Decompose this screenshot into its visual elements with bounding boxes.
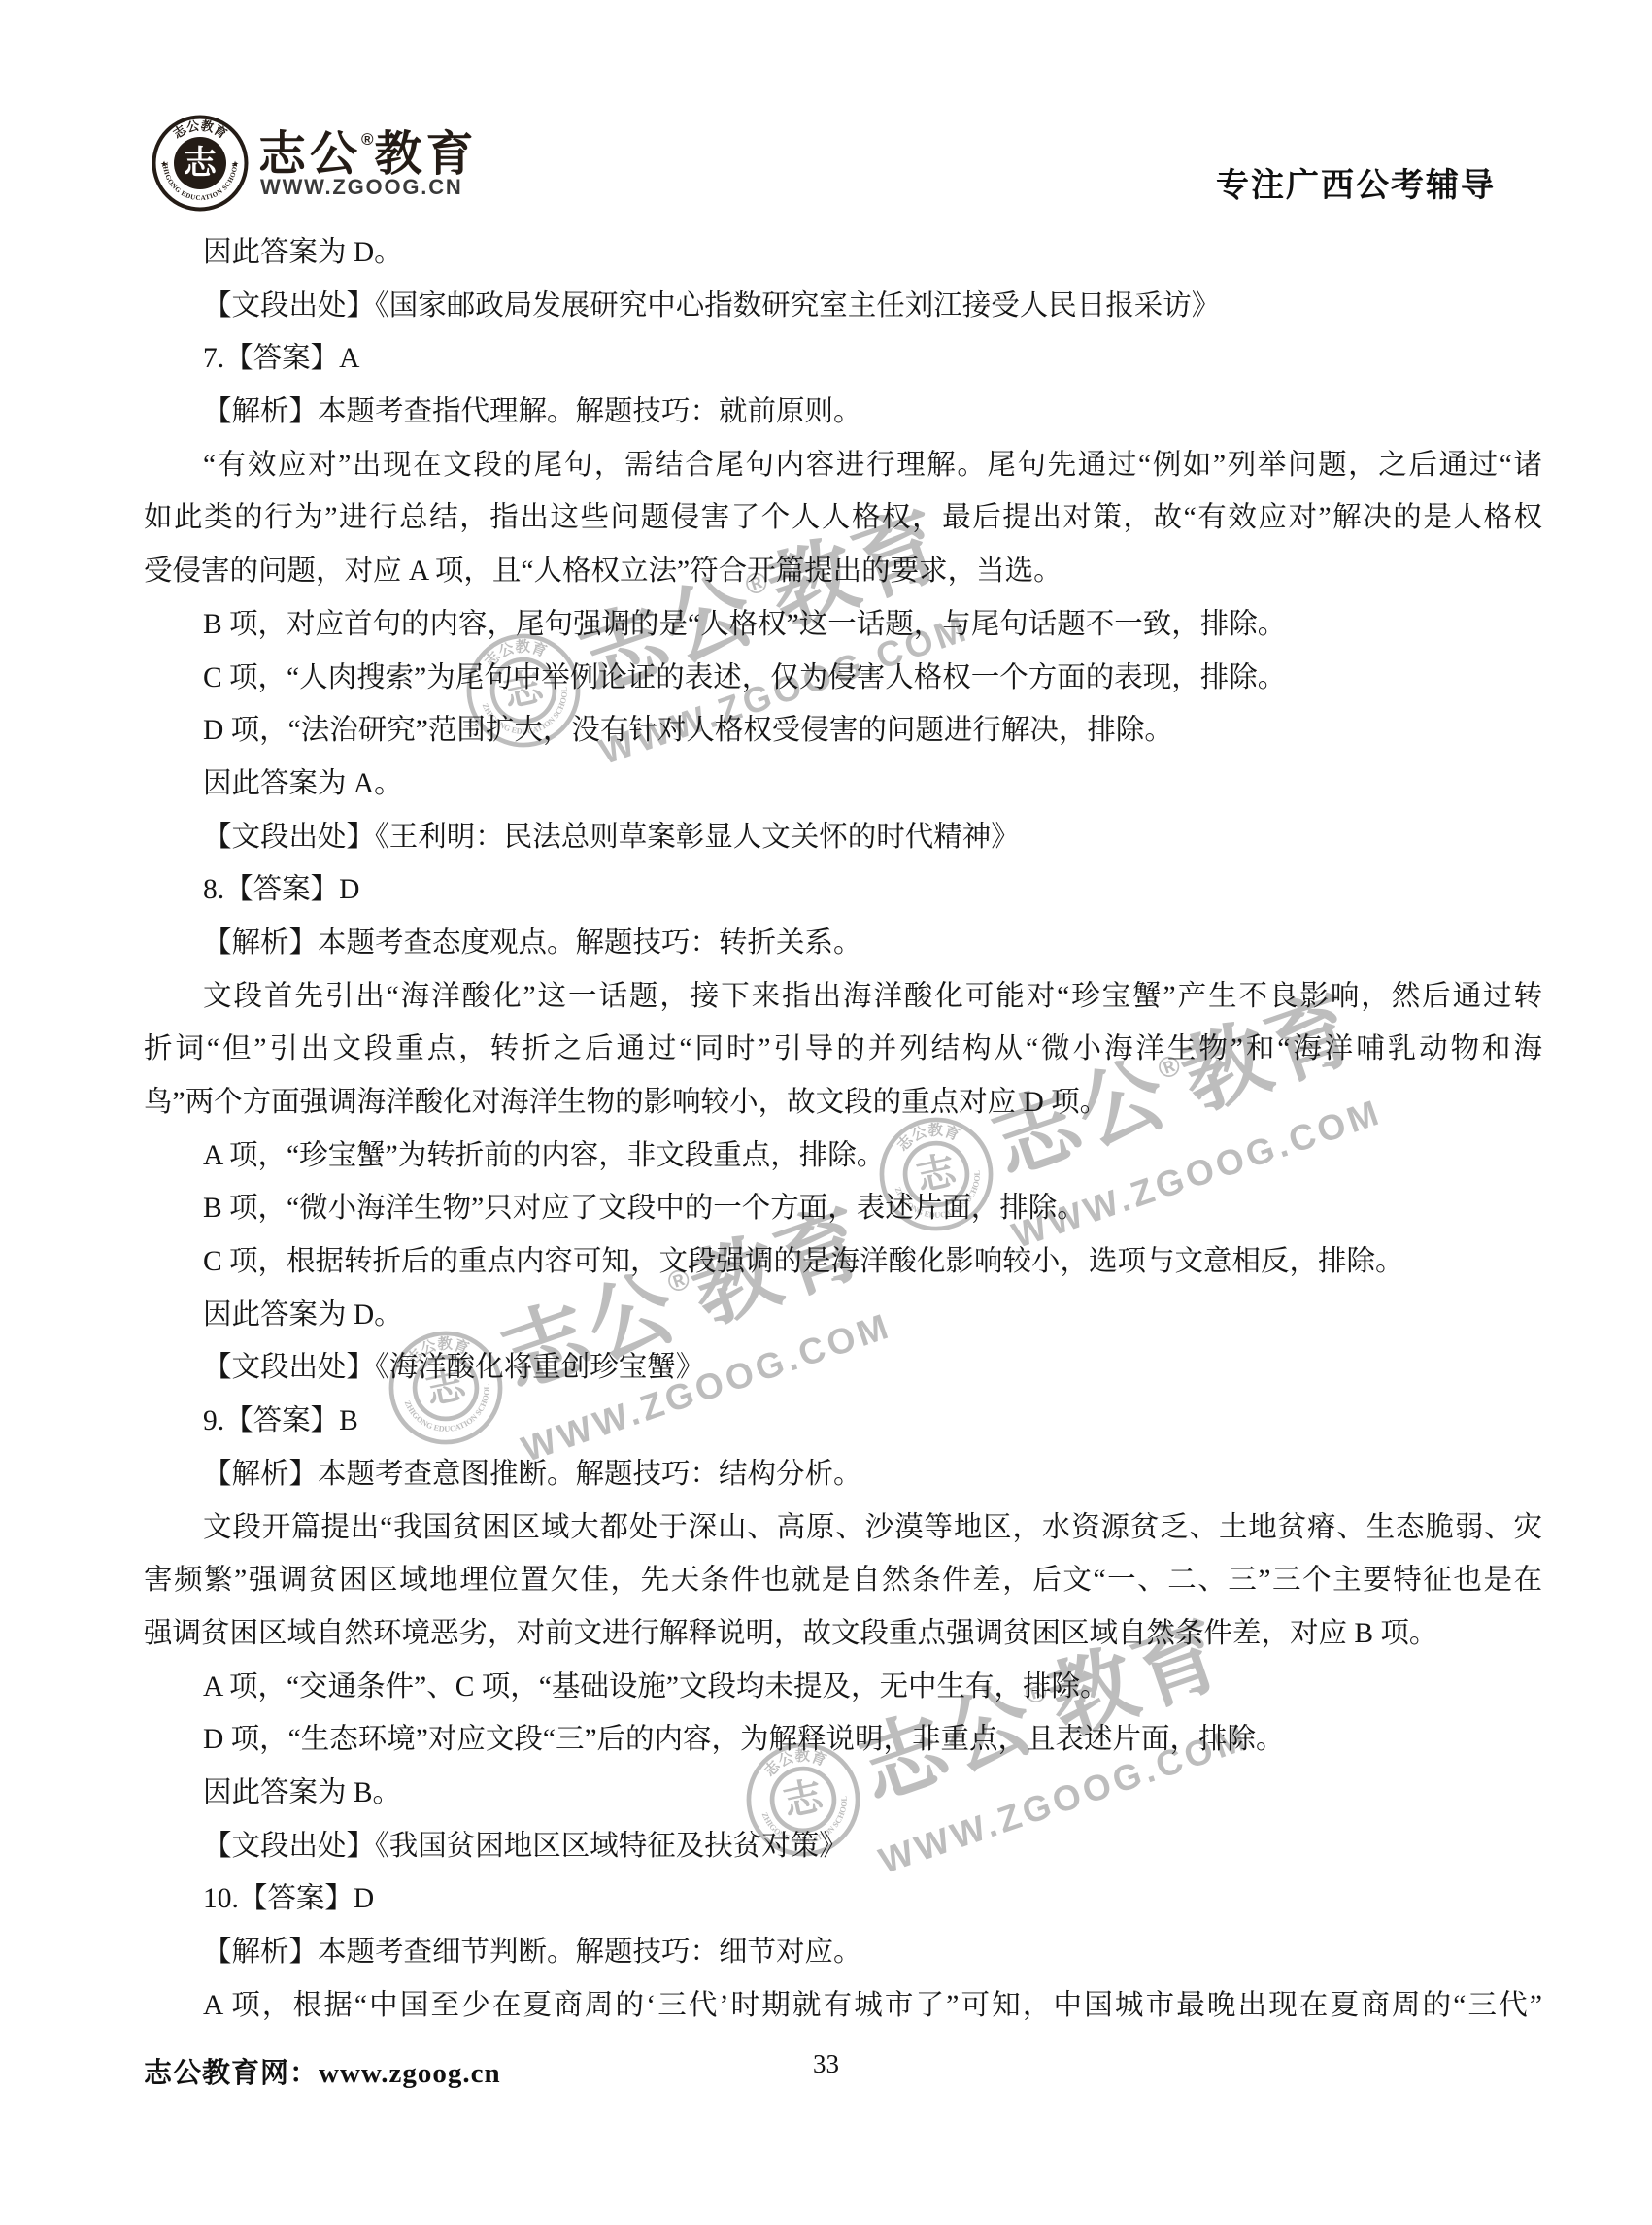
text-line: 强调贫困区域自然环境恶劣，对前文进行解释说明，故文段重点强调贫困区域自然条件差，… xyxy=(144,1607,1542,1661)
text-line: 因此答案为 A。 xyxy=(144,758,1542,811)
text-line: 折词“但”引出文段重点，转折之后通过“同时”引导的并列结构从“微小海洋生物”和“… xyxy=(144,1023,1542,1076)
text-line: 【文段出处】《海洋酸化将重创珍宝蟹》 xyxy=(144,1341,1542,1395)
text-line: 【解析】本题考查细节判断。解题技巧：细节对应。 xyxy=(144,1926,1542,1979)
text-line: 害频繁”强调贫困区域地理位置欠佳，先天条件也就是自然条件差，后文“一、二、三”三… xyxy=(144,1554,1542,1607)
text-line: 8.【答案】D xyxy=(144,863,1542,917)
text-line: 因此答案为 D。 xyxy=(144,1289,1542,1342)
text-line: B 项，“微小海洋生物”只对应了文段中的一个方面，表述片面，排除。 xyxy=(144,1182,1542,1235)
text-line: “有效应对”出现在文段的尾句，需结合尾句内容进行理解。尾句先通过“例如”列举问题… xyxy=(144,439,1542,492)
text-line: 【解析】本题考查态度观点。解题技巧：转折关系。 xyxy=(144,917,1542,970)
text-line: 因此答案为 D。 xyxy=(144,226,1542,280)
svg-text:★: ★ xyxy=(231,159,239,169)
text-line: 9.【答案】B xyxy=(144,1395,1542,1448)
text-line: 文段首先引出“海洋酸化”这一话题，接下来指出海洋酸化可能对“珍宝蟹”产生不良影响… xyxy=(144,970,1542,1024)
text-line: 因此答案为 B。 xyxy=(144,1767,1542,1820)
text-line: 10.【答案】D xyxy=(144,1872,1542,1926)
text-line: 【解析】本题考查意图推断。解题技巧：结构分析。 xyxy=(144,1448,1542,1501)
text-line: 【文段出处】《王利明：民法总则草案彰显人文关怀的时代精神》 xyxy=(144,811,1542,864)
svg-text:志: 志 xyxy=(184,145,218,182)
text-line: C 项，“人肉搜索”为尾句中举例论证的表述，仅为侵害人格权一个方面的表现，排除。 xyxy=(144,652,1542,705)
logo-website-text: WWW.ZGOOG.CN xyxy=(260,175,463,200)
brand-post: 教育 xyxy=(375,128,478,181)
text-line: D 项，“生态环境”对应文段“三”后的内容，为解释说明，非重点，且表述片面，排除… xyxy=(144,1713,1542,1767)
text-line: 文段开篇提出“我国贫困区域大都处于深山、高原、沙漠等地区，水资源贫乏、土地贫瘠、… xyxy=(144,1501,1542,1555)
zhigong-seal-logo-icon: 志公教育 ZHIGONG EDUCATION SCHOOL ★ ★ 志 xyxy=(152,115,249,212)
document-body: 因此答案为 D。【文段出处】《国家邮政局发展研究中心指数研究室主任刘江接受人民日… xyxy=(144,226,1542,2032)
text-line: B 项，对应首句的内容，尾句强调的是“人格权”这一话题，与尾句话题不一致，排除。 xyxy=(144,598,1542,652)
text-line: A 项，“珍宝蟹”为转折前的内容，非文段重点，排除。 xyxy=(144,1129,1542,1183)
text-line: 如此类的行为”进行总结，指出这些问题侵害了个人人格权，最后提出对策，故“有效应对… xyxy=(144,491,1542,545)
header-tagline: 专注广西公考辅导 xyxy=(1216,158,1496,206)
text-line: C 项，根据转折后的重点内容可知，文段强调的是海洋酸化影响较小，选项与文意相反，… xyxy=(144,1235,1542,1289)
text-line: 【解析】本题考查指代理解。解题技巧：就前原则。 xyxy=(144,386,1542,439)
text-line: 【文段出处】《我国贫困地区区域特征及扶贫对策》 xyxy=(144,1820,1542,1873)
brand-pre: 志公 xyxy=(258,128,361,181)
text-line: A 项，“交通条件”、C 项，“基础设施”文段均未提及，无中生有，排除。 xyxy=(144,1661,1542,1714)
text-line: A 项，根据“中国至少在夏商周的‘三代’时期就有城市了”可知，中国城市最晚出现在… xyxy=(144,1979,1542,2033)
text-line: 受侵害的问题，对应 A 项，且“人格权立法”符合开篇提出的要求，当选。 xyxy=(144,545,1542,598)
page-number: 33 xyxy=(0,2049,1652,2079)
registered-mark-icon: ® xyxy=(361,130,375,149)
text-line: 鸟”两个方面强调海洋酸化对海洋生物的影响较小，故文段的重点对应 D 项。 xyxy=(144,1076,1542,1129)
document-page: 志公教育 ZHIGONG EDUCATION SCHOOL ★ ★ 志 志公®教… xyxy=(0,0,1652,2225)
text-line: 【文段出处】《国家邮政局发展研究中心指数研究室主任刘江接受人民日报采访》 xyxy=(144,280,1542,333)
text-line: 7.【答案】A xyxy=(144,332,1542,386)
svg-text:★: ★ xyxy=(160,159,168,169)
text-line: D 项，“法治研究”范围扩大，没有针对人格权受侵害的问题进行解决，排除。 xyxy=(144,704,1542,758)
